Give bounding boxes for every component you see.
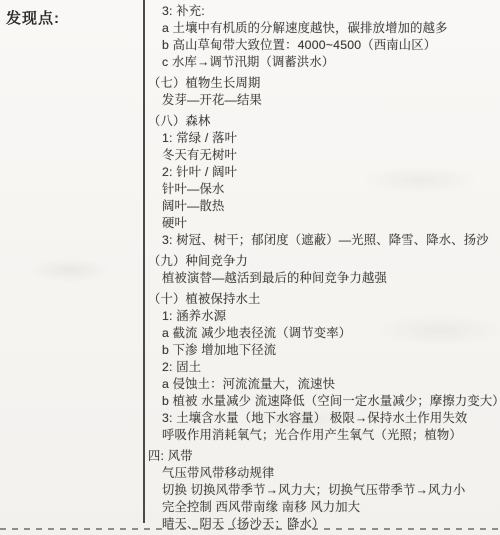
notes-list: 3: 补充:a 土壤中有机质的分解速度越快，碳排放增加的越多b 高山草甸带大致位… — [148, 3, 496, 533]
note-line: b 高山草甸带大致位置：4000~4500（西南山区） — [148, 37, 496, 54]
note-line: 1: 常绿 / 落叶 — [148, 130, 496, 147]
note-line: 3: 树冠、树干；郁闭度（遮蔽）—光照、降雪、降水、扬沙 — [148, 232, 496, 249]
note-line: （七）植物生长周期 — [148, 75, 496, 92]
bottom-dashed-rule — [0, 528, 500, 530]
note-line: （九）种间竞争力 — [148, 253, 496, 270]
note-line: 1: 涵养水源 — [148, 308, 496, 325]
note-line: a 截流 减少地表径流（调节变率） — [148, 325, 496, 342]
note-line: a 土壤中有机质的分解速度越快，碳排放增加的越多 — [148, 20, 496, 37]
note-line: 针叶—保水 — [148, 181, 496, 198]
note-line: 2: 针叶 / 阔叶 — [148, 164, 496, 181]
note-line: （十）植被保持水土 — [148, 291, 496, 308]
note-line: 呼吸作用消耗氧气；光合作用产生氧气（光照；植物） — [148, 427, 496, 444]
note-line: 四: 风带 — [148, 448, 496, 465]
note-line: （八）森林 — [148, 113, 496, 130]
note-line: 晴天、阴天（扬沙天；降水） — [148, 516, 496, 533]
note-line: b 下渗 增加地下径流 — [148, 342, 496, 359]
note-line: c 水库→调节汛期（调蓄洪水） — [148, 54, 496, 71]
note-line: 3: 补充: — [148, 3, 496, 20]
note-line: 2: 固土 — [148, 359, 496, 376]
note-line: b 植被 水量减少 流速降低（空间一定水量减少；摩擦力变大） — [148, 393, 496, 410]
scanned-notes-page: 发现点: 3: 补充:a 土壤中有机质的分解速度越快，碳排放增加的越多b 高山草… — [0, 0, 500, 535]
vertical-rule — [143, 0, 145, 523]
note-line: 完全控制 西风带南缘 南移 风力加大 — [148, 499, 496, 516]
note-line: 3: 土壤含水量（地下水容量） 极限→保持水土作用失效 — [148, 410, 496, 427]
note-line: 硬叶 — [148, 215, 496, 232]
note-line: 阔叶—散热 — [148, 198, 496, 215]
note-line: 冬天有无树叶 — [148, 147, 496, 164]
note-line: 发芽—开花—结果 — [148, 92, 496, 109]
note-line: a 侵蚀土：河流流量大，流速快 — [148, 376, 496, 393]
margin-label: 发现点: — [6, 7, 60, 28]
note-line: 植被演替—越活到最后的种间竞争力越强 — [148, 270, 496, 287]
note-line: 气压带风带移动规律 — [148, 465, 496, 482]
note-line: 切换 切换风带季节→风力大；切换气压带季节→风力小 — [148, 482, 496, 499]
